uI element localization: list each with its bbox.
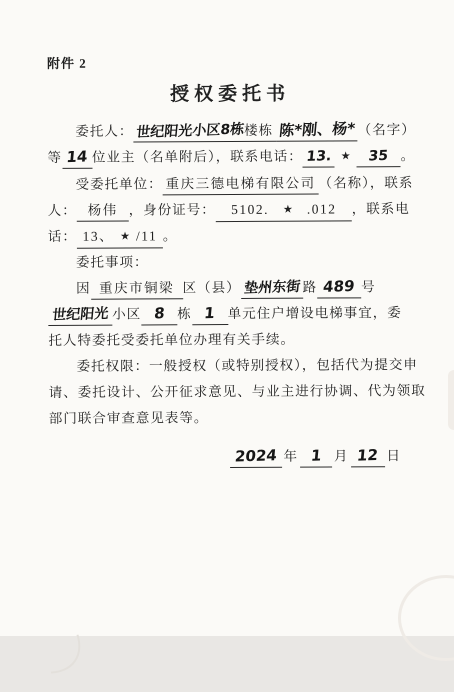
- date-month-fill: 1: [300, 445, 332, 467]
- attachment-label: 附件 2: [47, 49, 413, 77]
- agency-contact-prefix: 人：: [48, 203, 77, 218]
- agency-contact-name-fill: 杨伟: [77, 201, 129, 222]
- authority-line-2: 请、委托设计、公开征求意见、与业主进行协调、代为领取: [49, 378, 415, 406]
- agency-id-fill: 5102.★.012: [216, 199, 352, 222]
- unit-fill: 1: [192, 303, 228, 325]
- street-suffix: 路: [303, 280, 318, 295]
- date-month-handwriting: 1: [310, 445, 322, 465]
- principal-names-fill: 陈*刚、杨*: [276, 119, 358, 141]
- date-year-unit: 年: [283, 449, 298, 464]
- matters-line-2: 世纪阳光小区8栋1单元住户增设电梯事宜，委: [48, 300, 414, 328]
- agency-id-left: 5102.: [231, 202, 269, 217]
- redaction-star-icon: ★: [114, 226, 136, 246]
- street-fill: 垫州东街: [241, 278, 303, 299]
- date-year-handwriting: 2024: [234, 445, 278, 466]
- agency-id-suffix: ，联系电: [352, 201, 410, 216]
- scanned-document-page: 附件 2 授权委托书 委托人：世纪阳光小区8栋楼栋陈*刚、杨*（名字） 等14位…: [0, 0, 454, 636]
- principal-phone-left-fill: 13.: [303, 146, 335, 167]
- date-day-handwriting: 12: [356, 445, 379, 466]
- matters-prefix: 因: [76, 281, 91, 296]
- scan-artifact-bottom-left: [0, 566, 97, 636]
- principal-line-2: 等14位业主（名单附后），联系电话：13.★35。: [47, 143, 413, 172]
- agency-phone-right: /11: [136, 228, 157, 243]
- document-title: 授权委托书: [47, 81, 413, 109]
- matters-heading: 委托事项：: [48, 248, 414, 276]
- matters-line-1: 因重庆市铜梁区（县）垫州东街路489号: [48, 274, 414, 302]
- redaction-star-icon: ★: [335, 143, 357, 169]
- agency-company-fill: 重庆三德电梯有限公司: [163, 174, 319, 196]
- authority-line-1: 委托权限：一般授权（或特别授权），包括代为提交申: [48, 352, 414, 380]
- agency-phone-left: 13、: [83, 229, 115, 244]
- street-number-fill: 489: [317, 276, 361, 298]
- date-line: 2024年1月12日: [49, 443, 415, 471]
- principal-location-printed: 楼栋: [244, 123, 273, 138]
- date-day-fill: 12: [350, 445, 384, 467]
- community-handwriting: 世纪阳光: [51, 304, 109, 326]
- principal-location-handwriting: 世纪阳光小区8栋: [135, 120, 245, 143]
- building-suffix: 栋: [177, 306, 192, 321]
- matters-line-3: 托人特委托受委托单位办理有关手续。: [48, 326, 414, 354]
- building-fill: 8: [141, 303, 177, 325]
- district-fill: 重庆市铜梁: [91, 278, 183, 299]
- principal-sentence-end: 。: [401, 148, 416, 163]
- principal-label: 委托人：: [75, 124, 133, 139]
- principal-location-fill: 世纪阳光小区8栋楼栋: [133, 121, 276, 143]
- agency-phone-prefix: 话：: [48, 229, 77, 244]
- date-month-unit: 月: [334, 448, 349, 463]
- community-fill: 世纪阳光: [48, 305, 112, 326]
- principal-phone-left-handwriting: 13.: [305, 146, 332, 167]
- agency-label: 受委托单位：: [76, 176, 163, 191]
- agency-line-1: 受委托单位：重庆三德电梯有限公司（名称），联系: [48, 170, 414, 198]
- street-handwriting: 垫州东街: [243, 277, 301, 299]
- date-year-fill: 2024: [229, 446, 281, 468]
- authority-line-3: 部门联合审查意见表等。: [49, 404, 415, 432]
- principal-phone-right-fill: 35: [357, 146, 401, 167]
- agency-sentence-end: 。: [163, 228, 178, 243]
- unit-handwriting: 1: [204, 303, 216, 323]
- community-suffix: 小区: [112, 306, 141, 321]
- agency-company-suffix: （名称），联系: [319, 175, 414, 190]
- street-number-handwriting: 489: [323, 276, 356, 297]
- principal-line-1: 委托人：世纪阳光小区8栋楼栋陈*刚、杨*（名字）: [47, 117, 413, 145]
- agency-phone-fill: 13、★/11: [77, 226, 163, 248]
- owner-count-suffix: 位业主（名单附后），联系电话：: [92, 149, 303, 165]
- scan-artifact-bottom-right: [398, 575, 454, 636]
- redaction-star-icon: ★: [269, 200, 307, 220]
- district-suffix: 区（县）: [183, 280, 241, 295]
- agency-line-2: 人：杨伟，身份证号：5102.★.012，联系电: [48, 196, 414, 224]
- principal-names-handwriting: 陈*刚、杨*: [278, 118, 356, 140]
- agency-line-3: 话：13、★/11。: [48, 222, 414, 250]
- date-day-unit: 日: [386, 448, 401, 463]
- owner-count-handwriting: 14: [66, 146, 89, 167]
- principal-names-suffix: （名字）: [358, 122, 416, 137]
- agency-id-prefix: ，身份证号：: [129, 202, 216, 217]
- matters-line2-suffix: 单元住户增设电梯事宜，委: [228, 305, 402, 321]
- owner-count-fill: 14: [62, 147, 92, 169]
- principal-phone-right-handwriting: 35: [368, 146, 389, 167]
- building-handwriting: 8: [153, 303, 165, 323]
- document-content: 附件 2 授权委托书 委托人：世纪阳光小区8栋楼栋陈*刚、杨*（名字） 等14位…: [47, 49, 415, 471]
- agency-id-right: .012: [307, 201, 337, 216]
- scan-artifact-right-edge: [448, 370, 454, 430]
- street-number-suffix: 号: [361, 279, 376, 294]
- owner-count-prefix: 等: [47, 150, 62, 165]
